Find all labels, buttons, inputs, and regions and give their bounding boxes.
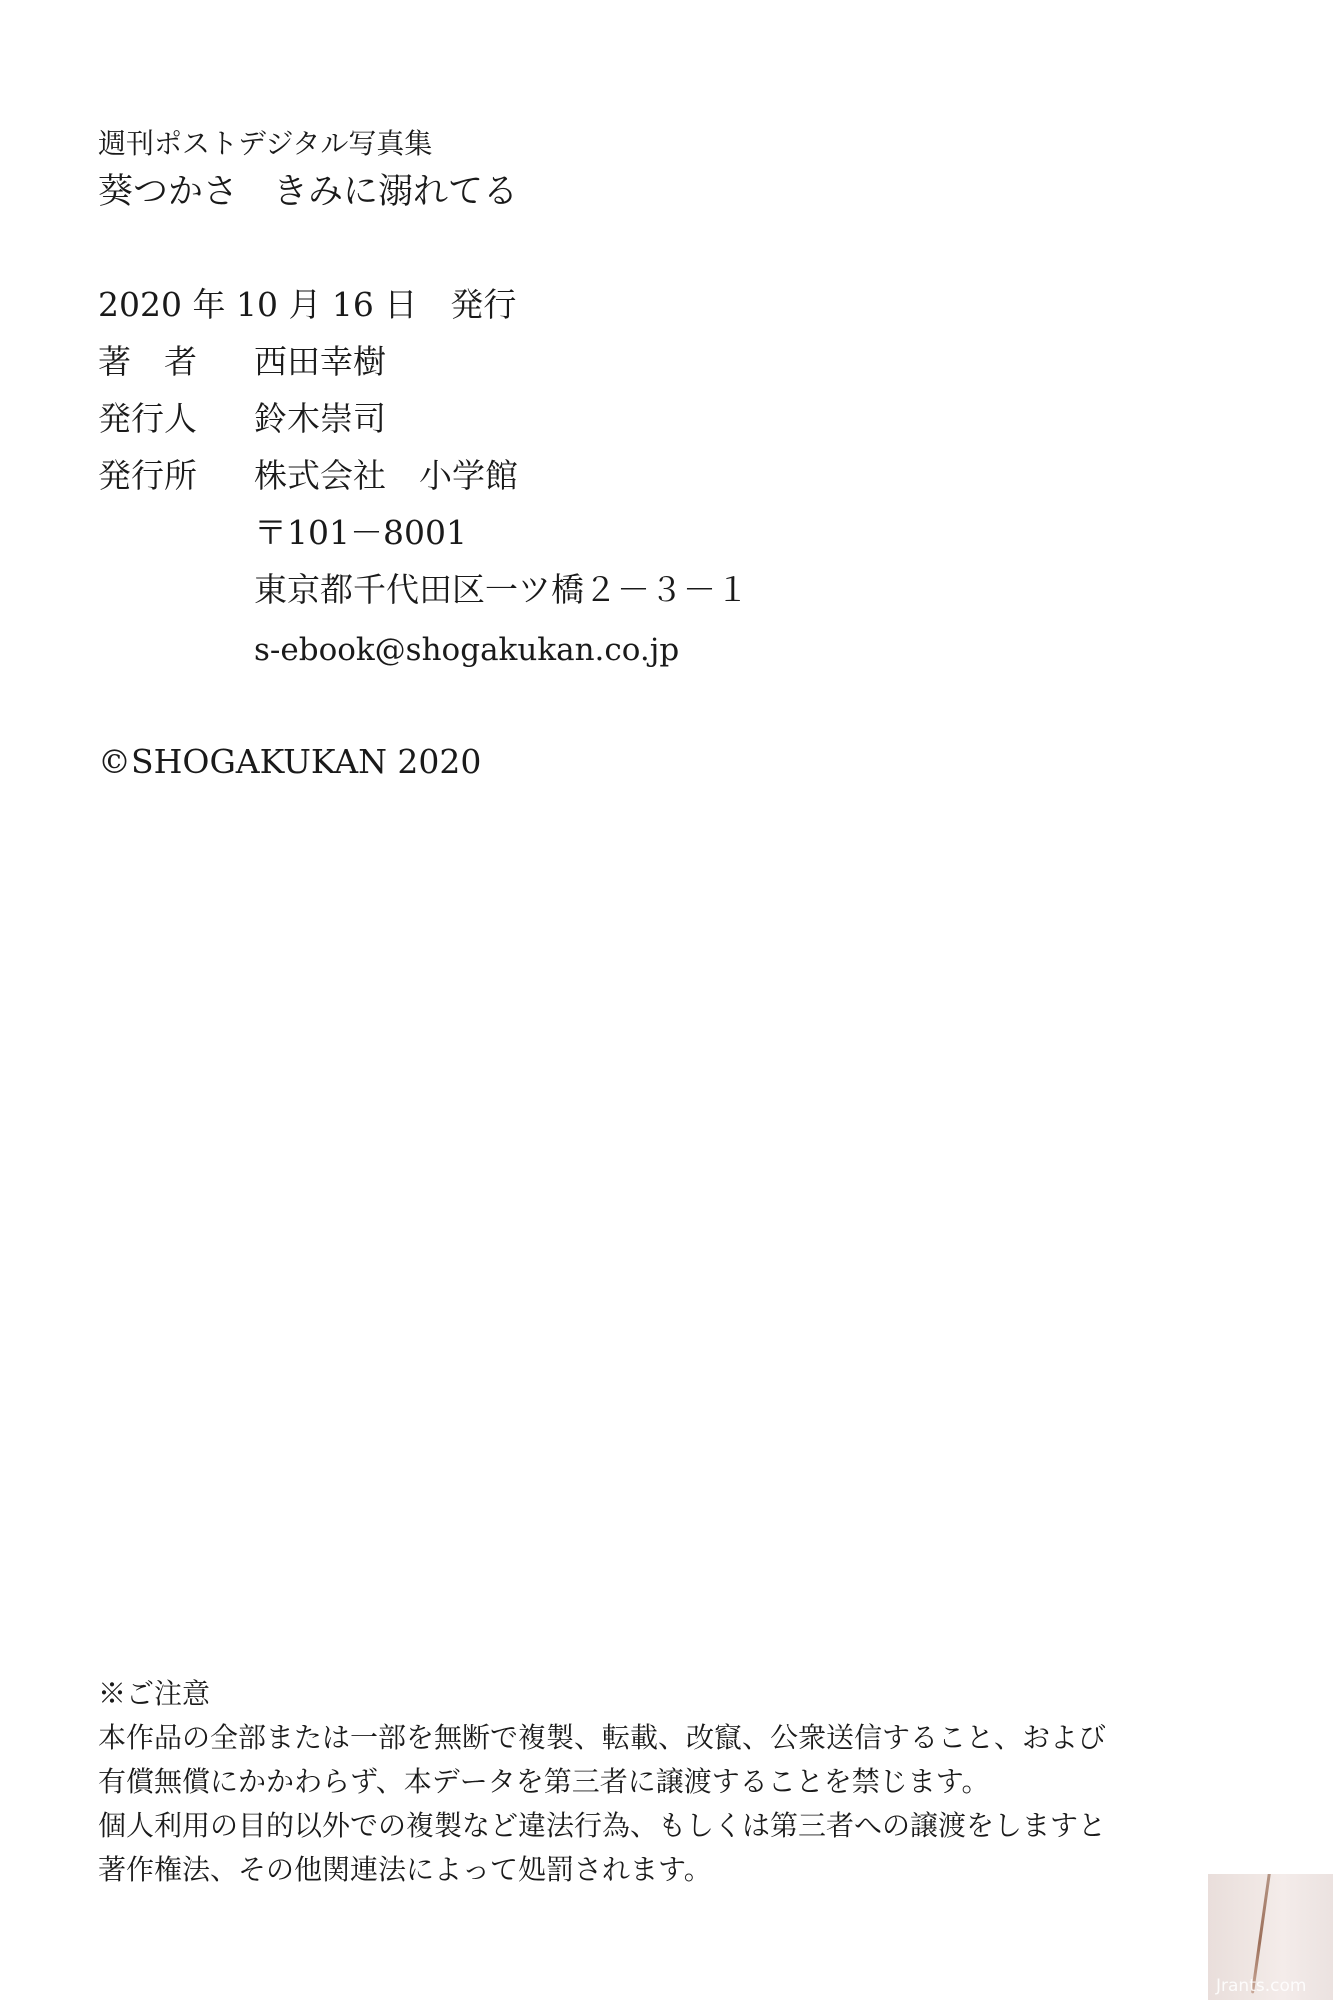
street-address: 東京都千代田区一ツ橋２－３－１: [254, 570, 749, 610]
watermark-text: Jrants.com: [1216, 1976, 1306, 1996]
notice-line: 個人利用の目的以外での複製など違法行為、もしくは第三者への譲渡をしますと: [98, 1804, 1106, 1848]
notice-line: 著作権法、その他関連法によって処罰されます。: [98, 1848, 1106, 1892]
author-value: 西田幸樹: [254, 342, 386, 382]
watermark-thumbnail: Jrants.com: [1208, 1874, 1333, 2000]
publisher-office-row: 発行所株式会社 小学館: [98, 456, 518, 496]
publisher-person-value: 鈴木崇司: [254, 399, 386, 439]
copyright-notice: ©SHOGAKUKAN 2020: [98, 740, 481, 784]
book-title: 葵つかさ きみに溺れてる: [98, 170, 518, 214]
author-label: 著 者: [98, 342, 254, 382]
series-name: 週刊ポストデジタル写真集: [98, 126, 432, 162]
notice-line: 有償無償にかかわらず、本データを第三者に譲渡することを禁じます。: [98, 1760, 1106, 1804]
contact-email: s-ebook@shogakukan.co.jp: [254, 630, 679, 670]
publisher-office-label: 発行所: [98, 456, 254, 496]
publisher-person-label: 発行人: [98, 399, 254, 439]
notice-heading: ※ご注意: [98, 1672, 1106, 1716]
notice-line: 本作品の全部または一部を無断で複製、転載、改竄、公衆送信すること、および: [98, 1716, 1106, 1760]
publication-date: 2020 年 10 月 16 日 発行: [98, 285, 516, 325]
publisher-person-row: 発行人鈴木崇司: [98, 399, 386, 439]
legal-notice: ※ご注意 本作品の全部または一部を無断で複製、転載、改竄、公衆送信すること、およ…: [98, 1672, 1106, 1892]
postal-code: 〒101－8001: [254, 513, 467, 553]
author-row: 著 者西田幸樹: [98, 342, 386, 382]
publisher-office-value: 株式会社 小学館: [254, 456, 518, 496]
publication-date-value: 2020 年 10 月 16 日 発行: [98, 285, 516, 325]
